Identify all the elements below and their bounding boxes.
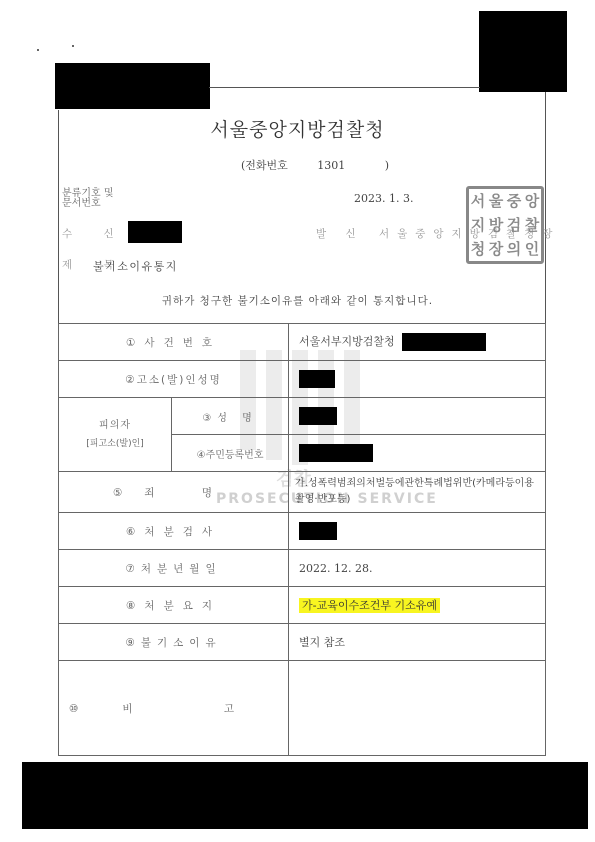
recipient-redacted — [128, 221, 182, 243]
case-number-office: 서울서부지방검찰청 — [299, 335, 395, 348]
resident-number-redacted — [299, 444, 373, 462]
subject-value: 불기소이유통지 — [93, 258, 178, 274]
seal-char: 검 — [505, 218, 523, 233]
seal-char: 찰 — [523, 218, 541, 233]
charge-label: ⑤죄 명 — [59, 472, 289, 513]
seal-char: 인 — [523, 242, 541, 257]
table-row: ⑨불기소이유 별지 참조 — [59, 624, 546, 661]
phone-number: 1301 — [317, 159, 345, 172]
accused-label: [피고소(발)인] — [69, 435, 161, 453]
seal-char: 중 — [505, 194, 523, 209]
agency-title: 서울중앙지방검찰청 — [0, 115, 595, 142]
seal-char: 울 — [487, 194, 505, 209]
table-row: ⑩비 고 — [59, 661, 546, 756]
case-number-value: 서울서부지방검찰청 — [289, 324, 546, 361]
remarks-label: ⑩비 고 — [59, 661, 289, 756]
phone-label: (전화번호 — [241, 157, 288, 173]
disposition-date-label: ⑦처분년월일 — [59, 550, 289, 587]
remarks-value — [289, 661, 546, 756]
redaction-block-header-left — [55, 63, 210, 109]
complainant-name-redacted — [299, 370, 335, 388]
doc-number-label: 분류기호 및 문서번호 — [62, 189, 113, 209]
seal-char: 앙 — [523, 194, 541, 209]
seal-char: 서 — [469, 194, 487, 209]
table-row: ⑥처분검사 — [59, 513, 546, 550]
charge-value: 가.성폭력범죄의처벌등에관한특례법위반(카메라등이용촬영·반포등) — [289, 472, 546, 513]
frame-top-border — [209, 87, 480, 88]
non-prosecution-reason-value: 별지 참조 — [289, 624, 546, 661]
disposition-summary-label: ⑧처분요지 — [59, 587, 289, 624]
seal-char: 청 — [469, 242, 487, 257]
suspect-name-label: ③성 명 — [172, 398, 289, 435]
notice-text: 귀하가 청구한 불기소이유를 아래와 같이 통지합니다. — [0, 293, 595, 308]
complainant-name-value — [289, 361, 546, 398]
table-row: 피의자 [피고소(발)인] ③성 명 — [59, 398, 546, 435]
seal-char: 의 — [505, 242, 523, 257]
disposition-summary-cell: 가-교육이수조건부 기소유예 — [289, 587, 546, 624]
case-number-redacted — [402, 333, 486, 351]
redaction-block-header-right — [479, 11, 567, 92]
table-row: ⑦처분년월일 2022. 12. 28. — [59, 550, 546, 587]
prosecutor-redacted — [299, 522, 337, 540]
case-number-label: ①사건번호 — [59, 324, 289, 361]
seal-char: 지 — [469, 218, 487, 233]
notice-details-table: ①사건번호 서울서부지방검찰청 ②고소(발)인성명 피의자 [피고소(발)인] … — [58, 323, 546, 756]
scan-speck — [72, 45, 74, 47]
suspect-name-redacted — [299, 407, 337, 425]
issue-date: 2023. 1. 3. — [354, 192, 413, 205]
disposition-summary-value: 가-교육이수조건부 기소유예 — [299, 598, 440, 613]
prosecutor-value — [289, 513, 546, 550]
table-row: ⑤죄 명 가.성폭력범죄의처벌등에관한특례법위반(카메라등이용촬영·반포등) — [59, 472, 546, 513]
disposition-date-value: 2022. 12. 28. — [289, 550, 546, 587]
seal-char: 방 — [487, 218, 505, 233]
doc-number-label-line2: 문서번호 — [62, 199, 113, 209]
suspect-group-label: 피의자 [피고소(발)인] — [59, 398, 172, 472]
suspect-label: 피의자 — [69, 417, 161, 435]
table-row: ②고소(발)인성명 — [59, 361, 546, 398]
recipient-label: 수 신 — [62, 226, 128, 241]
resident-number-label: ④주민등록번호 — [172, 435, 289, 472]
complainant-name-label: ②고소(발)인성명 — [59, 361, 289, 398]
phone-line: (전화번호 1301 ) — [241, 157, 389, 173]
table-row: ①사건번호 서울서부지방검찰청 — [59, 324, 546, 361]
redaction-block-footer — [22, 762, 588, 829]
scan-speck — [37, 49, 39, 51]
table-row: ⑧처분요지 가-교육이수조건부 기소유예 — [59, 587, 546, 624]
resident-number-value — [289, 435, 546, 472]
suspect-name-value — [289, 398, 546, 435]
phone-close: ) — [385, 159, 389, 172]
sender-label: 발 신 — [316, 228, 364, 240]
prosecutor-label: ⑥처분검사 — [59, 513, 289, 550]
non-prosecution-reason-label: ⑨불기소이유 — [59, 624, 289, 661]
seal-char: 장 — [487, 242, 505, 257]
official-seal-stamp: 서 울 중 앙 지 방 검 찰 청 장 의 인 — [466, 186, 544, 264]
